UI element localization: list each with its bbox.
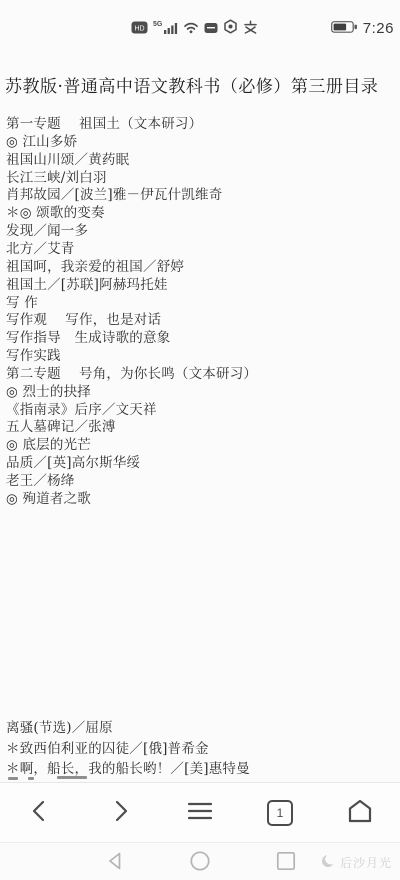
- chevron-left-icon: [26, 797, 54, 828]
- browser-tabs-button[interactable]: 1: [258, 791, 302, 835]
- wifi-icon: [183, 19, 199, 38]
- clipped-text-fragment: [8, 777, 18, 780]
- android-recents-button[interactable]: [266, 846, 306, 878]
- browser-toolbar: 1: [0, 782, 400, 842]
- toc-line: ＊致西伯利亚的囚徒／[俄]普希金: [6, 737, 209, 757]
- browser-menu-button[interactable]: [178, 791, 222, 835]
- toc-line: ◎ 殉道者之歌: [6, 487, 91, 507]
- chevron-right-icon: [106, 797, 134, 828]
- phone-screen: HD 5G: [0, 0, 400, 880]
- svg-text:HD: HD: [134, 25, 144, 32]
- android-navbar: 后沙月光: [0, 842, 400, 880]
- back-triangle-icon: [104, 849, 128, 876]
- page-title: 苏教版·普通高中语文教科书（必修）第三册目录: [5, 72, 400, 97]
- moon-logo-icon: [320, 852, 336, 872]
- status-bar: HD 5G: [0, 0, 400, 46]
- clock: 7:26: [363, 20, 394, 37]
- tab-count-icon: 1: [267, 800, 293, 826]
- hd-icon: HD: [131, 19, 148, 38]
- browser-home-button[interactable]: [338, 791, 382, 835]
- alipay-icon: [243, 19, 258, 38]
- home-icon: [346, 797, 374, 828]
- watermark: 后沙月光: [320, 852, 392, 872]
- gear-icon: [223, 19, 238, 38]
- message-icon: [204, 19, 218, 38]
- browser-forward-button[interactable]: [98, 791, 142, 835]
- network-type-label: 5G: [153, 21, 162, 28]
- android-back-button[interactable]: [96, 846, 136, 878]
- status-right: 7:26: [331, 18, 394, 38]
- tab-count: 1: [277, 806, 284, 820]
- battery-icon: [331, 19, 358, 38]
- toc-line: ＊啊，船长，我的船长哟！／[美]惠特曼: [6, 757, 250, 777]
- hamburger-menu-icon: [186, 797, 214, 828]
- toc-line: 离骚(节选)／屈原: [6, 716, 113, 736]
- recents-square-icon: [274, 849, 298, 876]
- home-circle-icon: [188, 849, 212, 876]
- browser-back-button[interactable]: [18, 791, 62, 835]
- watermark-text: 后沙月光: [340, 854, 392, 871]
- status-icon-cluster: HD 5G: [131, 20, 258, 36]
- clipped-text-fragment: [57, 776, 87, 779]
- clipped-text-fragment: [28, 777, 34, 780]
- android-home-button[interactable]: [180, 846, 220, 878]
- signal-bars-icon: [164, 19, 178, 38]
